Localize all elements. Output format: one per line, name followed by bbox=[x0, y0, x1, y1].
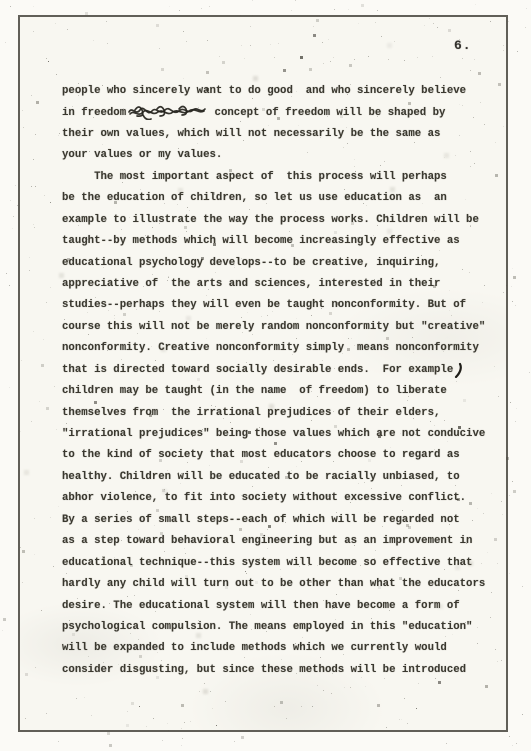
text-line: in freedom concept of freedom will be sh… bbox=[62, 102, 485, 123]
text-line: to the kind of society that most educato… bbox=[62, 445, 485, 466]
text-line: will be expanded to include methods whic… bbox=[62, 638, 485, 659]
text-line: educational psychology develops--to be c… bbox=[62, 253, 485, 274]
text-line: taught--by methods which will become inc… bbox=[62, 231, 485, 252]
page-number: 6. bbox=[454, 38, 472, 53]
text-line: The most important aspect of this proces… bbox=[62, 167, 485, 188]
text-line: By a series of small steps--each of whic… bbox=[62, 510, 485, 531]
typewritten-text: people who sincerely want to do good and… bbox=[62, 81, 485, 681]
text-line: as a step toward behavioral engineering … bbox=[62, 531, 485, 552]
text-segment: in freedom bbox=[62, 107, 126, 119]
text-line: that is directed toward socially desirab… bbox=[62, 360, 485, 381]
text-line: nonconformity. Creative nonconformity si… bbox=[62, 338, 485, 359]
text-line: example to illustrate the way the proces… bbox=[62, 210, 485, 231]
text-line: their own values, which will not necessa… bbox=[62, 124, 485, 145]
text-line: psychological compulsion. The means empl… bbox=[62, 617, 485, 638]
page-border-frame: 6. people who sincerely want to do good … bbox=[18, 15, 508, 732]
text-line: studies--perhaps they will even be taugh… bbox=[62, 295, 485, 316]
text-line: desire. The educational system will then… bbox=[62, 596, 485, 617]
text-line: your values or my values. bbox=[62, 145, 485, 166]
pen-comma-mark bbox=[454, 362, 463, 378]
text-line: be the education of children, so let us … bbox=[62, 188, 485, 209]
text-line: healthy. Children will be educated to be… bbox=[62, 467, 485, 488]
text-line: people who sincerely want to do good and… bbox=[62, 81, 485, 102]
scan-noise bbox=[0, 0, 1, 1]
text-segment: that is directed toward socially desirab… bbox=[62, 364, 453, 376]
pen-scribble bbox=[127, 102, 207, 120]
text-line: course this will not be merely random no… bbox=[62, 317, 485, 338]
text-line: educational technique--this system will … bbox=[62, 553, 485, 574]
text-line: consider disgusting, but since these met… bbox=[62, 660, 485, 681]
text-line: hardly any child will turn out to be oth… bbox=[62, 574, 485, 595]
text-line: children may be taught (in the name of f… bbox=[62, 381, 485, 402]
text-line: "irrational prejudices" being those valu… bbox=[62, 424, 485, 445]
text-line: abhor violence, to fit into society with… bbox=[62, 488, 485, 509]
text-line: appreciative of the arts and sciences, i… bbox=[62, 274, 485, 295]
text-line: themselves from the irrational prejudice… bbox=[62, 403, 485, 424]
text-segment: concept of freedom will be shaped by bbox=[208, 107, 445, 119]
